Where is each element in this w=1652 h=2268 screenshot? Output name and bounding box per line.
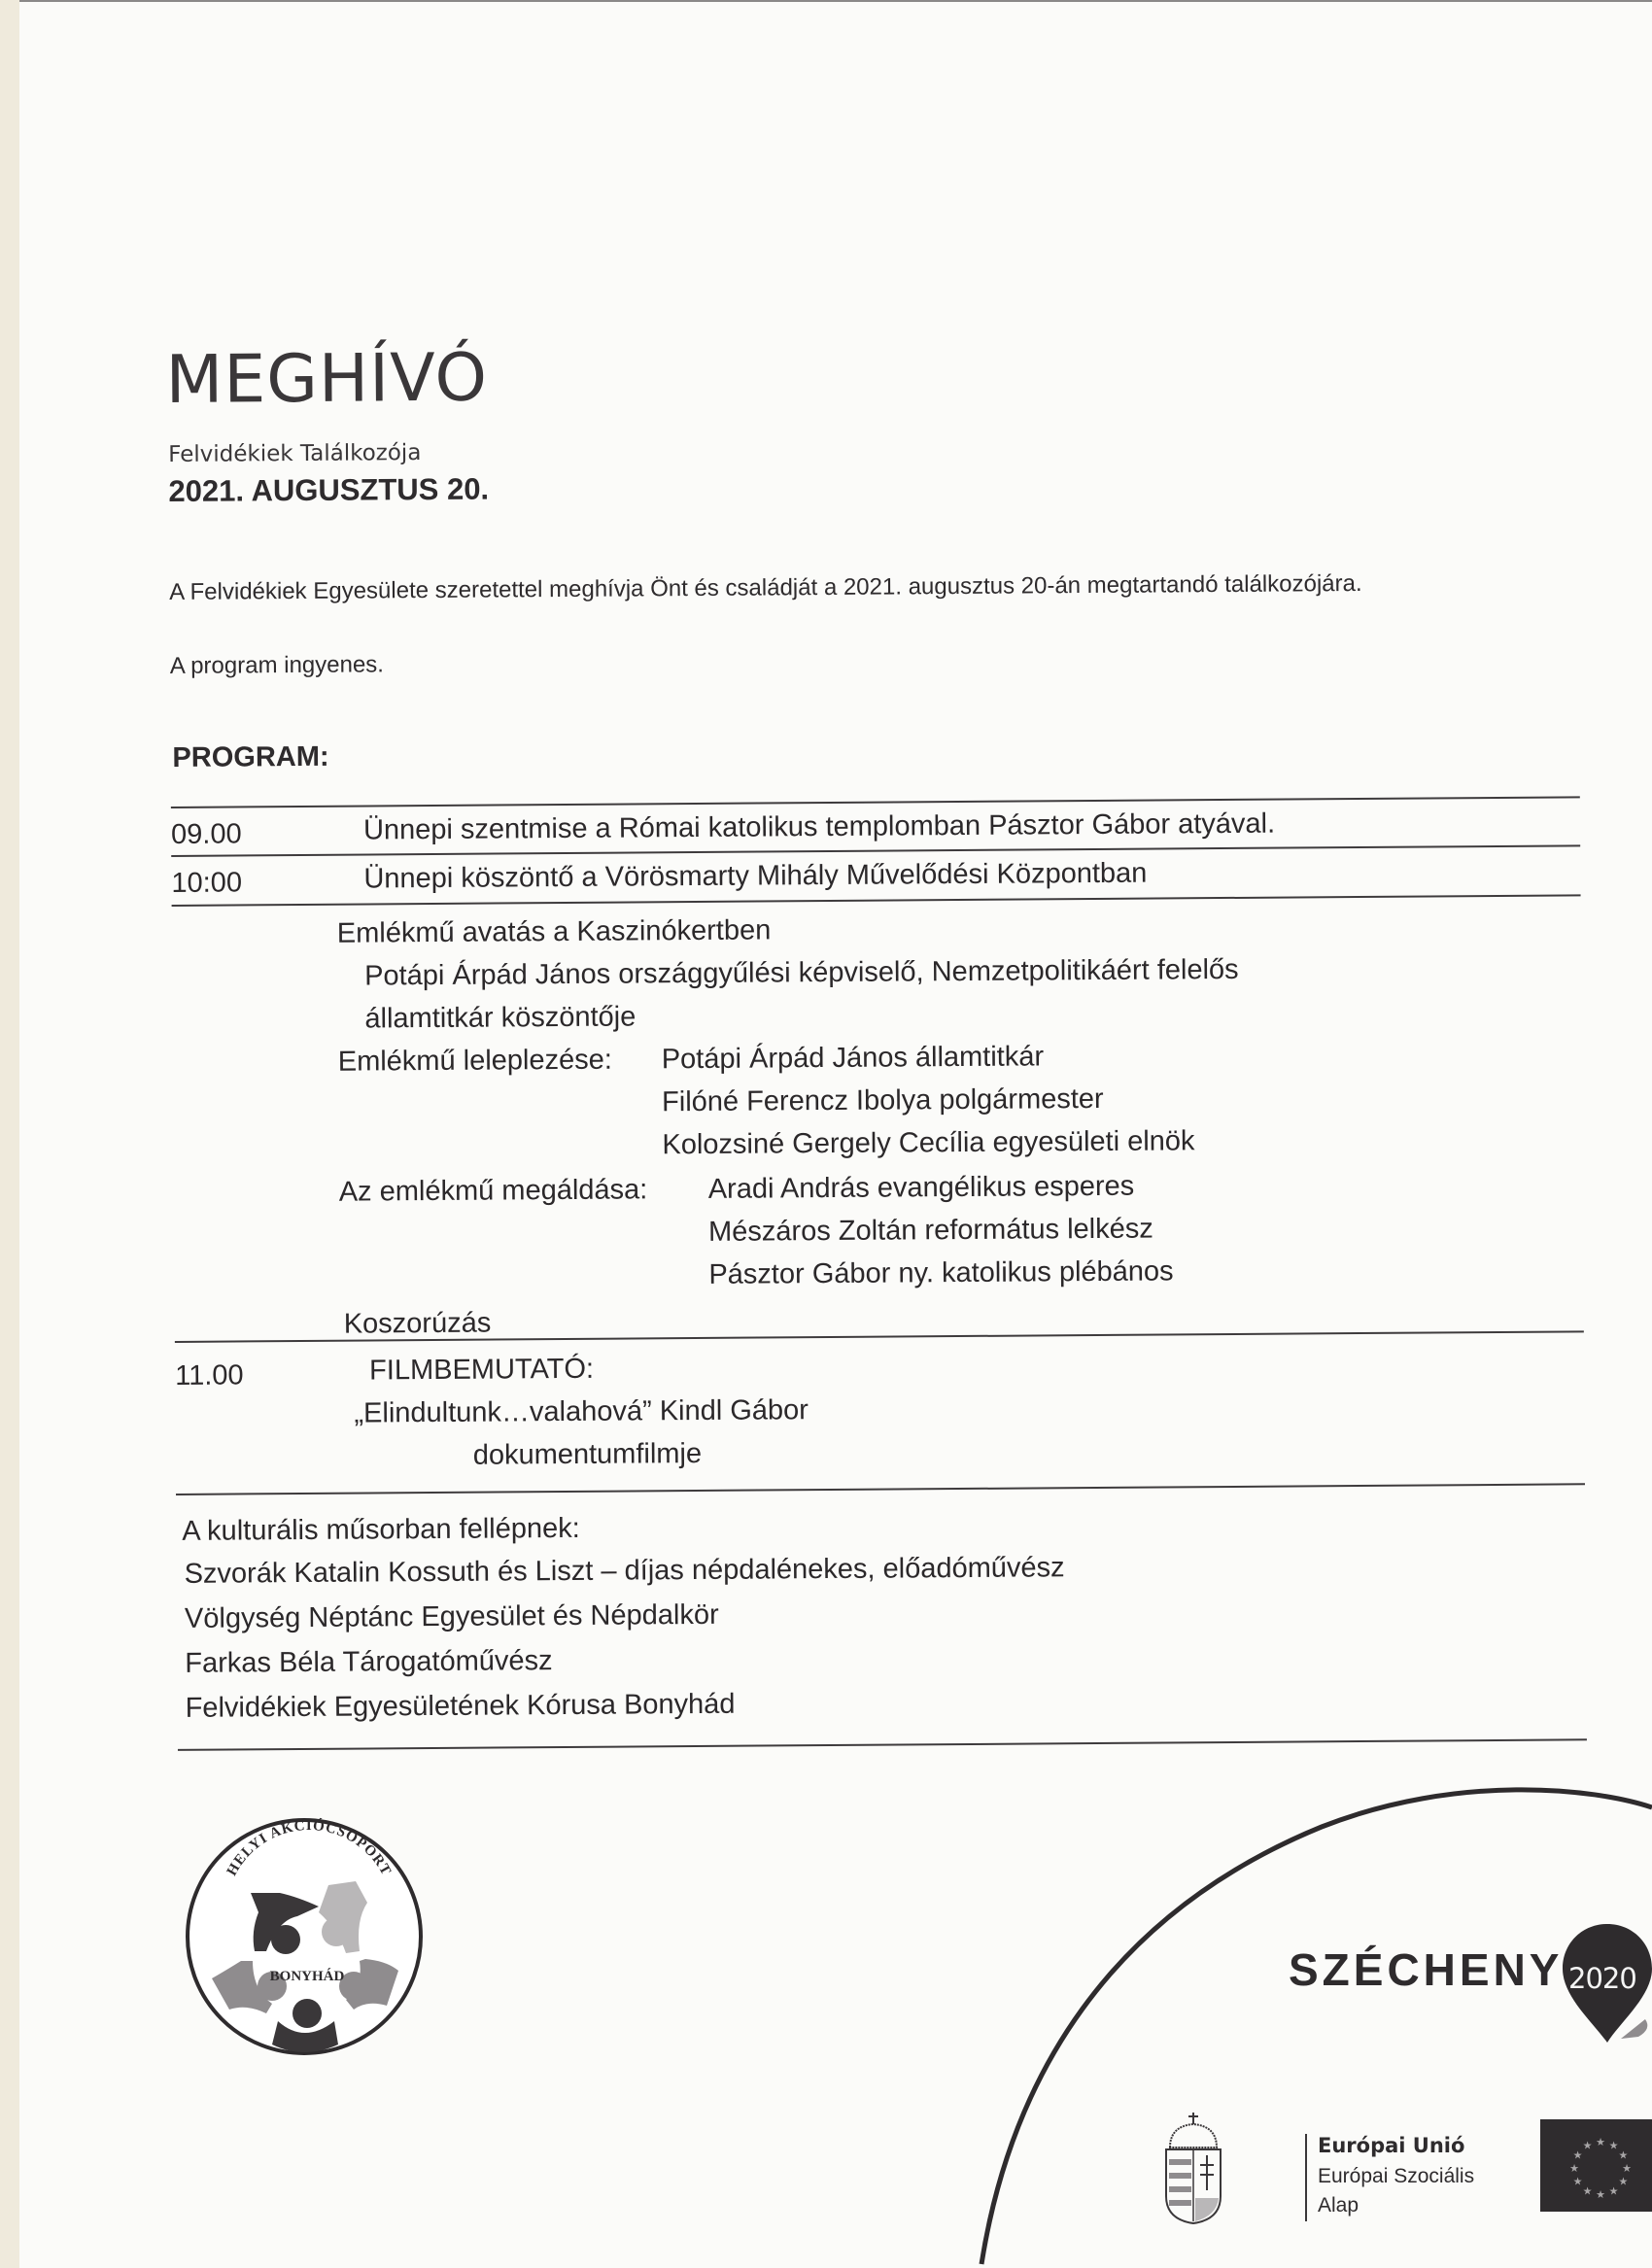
svg-text:★: ★ bbox=[1622, 2162, 1632, 2175]
memorial-greeting: Potápi Árpád János országgyűlési képvise… bbox=[364, 954, 1239, 993]
unveiling-person: Potápi Árpád János államtitkár bbox=[662, 1041, 1045, 1076]
blessing-person: Pásztor Gábor ny. katolikus plébános bbox=[708, 1255, 1173, 1291]
eu-fund-line: Európai Szociális bbox=[1318, 2165, 1474, 2188]
wreath-laying: Koszorúzás bbox=[344, 1308, 492, 1341]
program-time: 11.00 bbox=[175, 1359, 244, 1392]
svg-text:★: ★ bbox=[1569, 2162, 1579, 2175]
performer: Szvorák Katalin Kossuth és Liszt – díjas… bbox=[185, 1552, 1065, 1591]
szechenyi-wordmark: SZÉCHENYI bbox=[1289, 1943, 1579, 1996]
unveiling-label: Emlékmű leleplezése: bbox=[338, 1045, 612, 1079]
film-subtitle: dokumentumfilmje bbox=[473, 1438, 703, 1472]
svg-text:★: ★ bbox=[1583, 2184, 1593, 2197]
invitation-text: A Felvidékiek Egyesülete szeretettel meg… bbox=[169, 570, 1362, 606]
unveiling-person: Filóné Ferencz Ibolya polgármester bbox=[662, 1083, 1104, 1118]
event-date: 2021. AUGUSZTUS 20. bbox=[168, 472, 489, 509]
program-heading: PROGRAM: bbox=[172, 741, 328, 774]
performer: Völgység Néptánc Egyesület és Népdalkör bbox=[185, 1599, 719, 1635]
program-item: Ünnepi szentmise a Római katolikus templ… bbox=[363, 808, 1275, 847]
svg-text:★: ★ bbox=[1618, 2176, 1628, 2188]
memorial-title: Emlékmű avatás a Kaszinókertben bbox=[337, 914, 772, 949]
eu-separator bbox=[1305, 2134, 1307, 2221]
divider bbox=[171, 796, 1580, 808]
divider bbox=[172, 894, 1581, 907]
performers-heading: A kulturális műsorban fellépnek: bbox=[182, 1513, 580, 1548]
memorial-greeting: államtitkár köszöntője bbox=[364, 1001, 636, 1035]
film-heading: FILMBEMUTATÓ: bbox=[369, 1354, 594, 1388]
szechenyi-year: 2020 bbox=[1568, 1962, 1636, 1995]
program-item: Ünnepi köszöntő a Vörösmarty Mihály Műve… bbox=[363, 858, 1147, 896]
divider bbox=[176, 1483, 1585, 1495]
program-time: 10:00 bbox=[171, 867, 242, 900]
svg-text:★: ★ bbox=[1609, 2184, 1619, 2197]
eu-title: Európai Unió bbox=[1318, 2134, 1464, 2157]
eu-flag-icon: ★★★★★★★★★★★★ bbox=[1540, 2119, 1652, 2212]
free-admission-text: A program ingyenes. bbox=[170, 651, 384, 680]
document-title: MEGHÍVÓ bbox=[165, 340, 488, 419]
program-time: 09.00 bbox=[171, 818, 242, 851]
event-subtitle: Felvidékiek Találkozója bbox=[168, 440, 421, 467]
unveiling-person: Kolozsiné Gergely Cecília egyesületi eln… bbox=[662, 1125, 1194, 1161]
svg-text:★: ★ bbox=[1583, 2140, 1593, 2152]
svg-text:★: ★ bbox=[1609, 2140, 1619, 2152]
svg-text:★: ★ bbox=[1573, 2149, 1583, 2162]
svg-text:BONYHÁD: BONYHÁD bbox=[270, 1968, 345, 1984]
svg-text:★: ★ bbox=[1596, 2136, 1605, 2148]
blessing-person: Mészáros Zoltán református lelkész bbox=[708, 1214, 1153, 1249]
blessing-person: Aradi András evangélikus esperes bbox=[708, 1171, 1135, 1206]
hungarian-coat-of-arms-icon bbox=[1162, 2111, 1224, 2225]
performer: Farkas Béla Tárogatóművész bbox=[185, 1645, 552, 1680]
svg-text:★: ★ bbox=[1596, 2188, 1605, 2201]
film-title: „Elindultunk…valahová” Kindl Gábor bbox=[354, 1394, 809, 1429]
blessing-label: Az emlékmű megáldása: bbox=[339, 1174, 648, 1208]
eu-fund-line: Alap bbox=[1318, 2194, 1359, 2217]
svg-text:★: ★ bbox=[1618, 2149, 1628, 2162]
people-circle-logo: HELYI AKCIÓCSOPORT BONYHÁD bbox=[183, 1815, 426, 2058]
svg-text:★: ★ bbox=[1573, 2176, 1583, 2188]
divider bbox=[178, 1738, 1587, 1751]
performer: Felvidékiek Egyesületének Kórusa Bonyhád bbox=[186, 1689, 736, 1725]
